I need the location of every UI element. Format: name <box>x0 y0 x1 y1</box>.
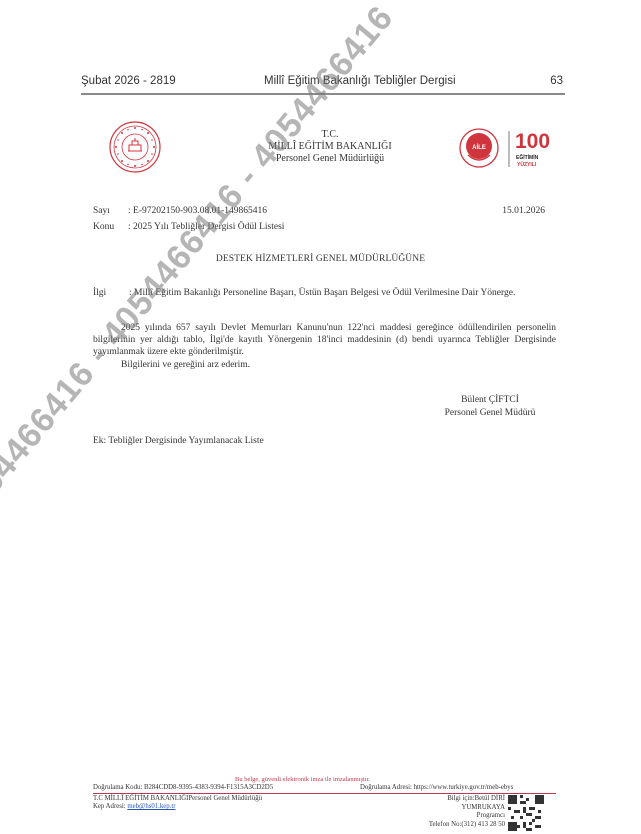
letterhead-tc: T.C. <box>220 129 440 141</box>
signer-title: Personel Genel Müdürü <box>420 407 560 420</box>
letter-body: 2025 yılında 657 sayılı Devlet Memurları… <box>93 322 556 371</box>
document-date: 15.01.2026 <box>502 206 545 216</box>
institution-name: T.C MİLLÎ EĞİTİM BAKANLIĞIPersonel Genel… <box>93 795 273 804</box>
kep-address-link[interactable]: meb@hs01.kep.tr <box>127 803 175 810</box>
body-paragraph: 2025 yılında 657 sayılı Devlet Memurları… <box>93 322 556 359</box>
contact-line: YUMRUKAYA <box>429 804 505 813</box>
journal-title: Millî Eğitim Bakanlığı Tebliğler Dergisi <box>264 75 456 87</box>
contact-line: Bilgi için:Betül DİRİ <box>429 795 505 804</box>
kep-label: Kep Adresi: <box>93 803 127 810</box>
footer-divider <box>93 793 556 794</box>
aile-yili-and-100-yil-logo-icon: AİLE 100 EĞİTİMİN YÜZYILI <box>458 123 568 173</box>
contact-info: Bilgi için:Betül DİRİ YUMRUKAYA Programc… <box>429 795 505 829</box>
svg-text:EĞİTİMİN: EĞİTİMİN <box>516 153 539 161</box>
sayi-row: Sayı: E-97202150-903.08.01-149865416 <box>93 206 267 216</box>
svg-text:YÜZYILI: YÜZYILI <box>517 161 537 168</box>
letterhead-ministry: MİLLÎ EĞİTİM BAKANLIĞI <box>220 141 440 153</box>
body-paragraph: Bilgilerini ve gereğini arz ederim. <box>93 359 556 371</box>
ilgi-text: : Millî Eğitim Bakanlığı Personeline Baş… <box>129 287 553 299</box>
letterhead: T.C. MİLLÎ EĞİTİM BAKANLIĞI Personel Gen… <box>220 129 440 165</box>
e-signature-notice: Bu belge, güvenli elektronik imza ile im… <box>235 776 370 783</box>
sayi-value: : E-97202150-903.08.01-149865416 <box>128 206 267 216</box>
contact-line: Programcı <box>429 812 505 821</box>
issue-label: Şubat 2026 - 2819 <box>81 75 176 87</box>
verification-url[interactable]: Doğrulama Adresi: https://www.turkiye.go… <box>360 784 513 791</box>
svg-text:AİLE: AİLE <box>472 144 486 151</box>
svg-text:100: 100 <box>515 130 550 153</box>
konu-value: : 2025 Yılı Tebliğler Dergisi Ödül Liste… <box>128 222 284 232</box>
page-number: 63 <box>550 75 563 87</box>
signature-block: Bülent ÇİFTCİ Personel Genel Müdürü <box>420 394 560 419</box>
verification-code: Doğrulama Kodu: B284CDD8-9395-4383-9394-… <box>93 784 273 793</box>
konu-row: Konu: 2025 Yılı Tebliğler Dergisi Ödül L… <box>93 222 284 232</box>
konu-label: Konu <box>93 222 128 232</box>
sayi-label: Sayı <box>93 206 128 216</box>
attachment-line: Ek: Tebliğler Dergisinde Yayımlanacak Li… <box>93 436 264 446</box>
kep-row: Kep Adresi: meb@hs01.kep.tr <box>93 803 273 812</box>
ilgi-label: İlgi <box>93 287 106 299</box>
recipient-heading: DESTEK HİZMETLERİ GENEL MÜDÜRLÜĞÜNE <box>0 254 641 264</box>
qr-code-icon[interactable] <box>508 795 544 831</box>
footer-left: Doğrulama Kodu: B284CDD8-9395-4383-9394-… <box>93 784 273 812</box>
page-header: Şubat 2026 - 2819 Millî Eğitim Bakanlığı… <box>81 75 565 95</box>
signer-name: Bülent ÇİFTCİ <box>420 394 560 407</box>
letterhead-department: Personel Genel Müdürlüğü <box>220 153 440 165</box>
ilgi-block: İlgi : Millî Eğitim Bakanlığı Personelin… <box>93 287 553 299</box>
contact-line: Telefon No:(312) 413 28 50 <box>429 821 505 830</box>
meb-seal-icon <box>108 120 162 174</box>
